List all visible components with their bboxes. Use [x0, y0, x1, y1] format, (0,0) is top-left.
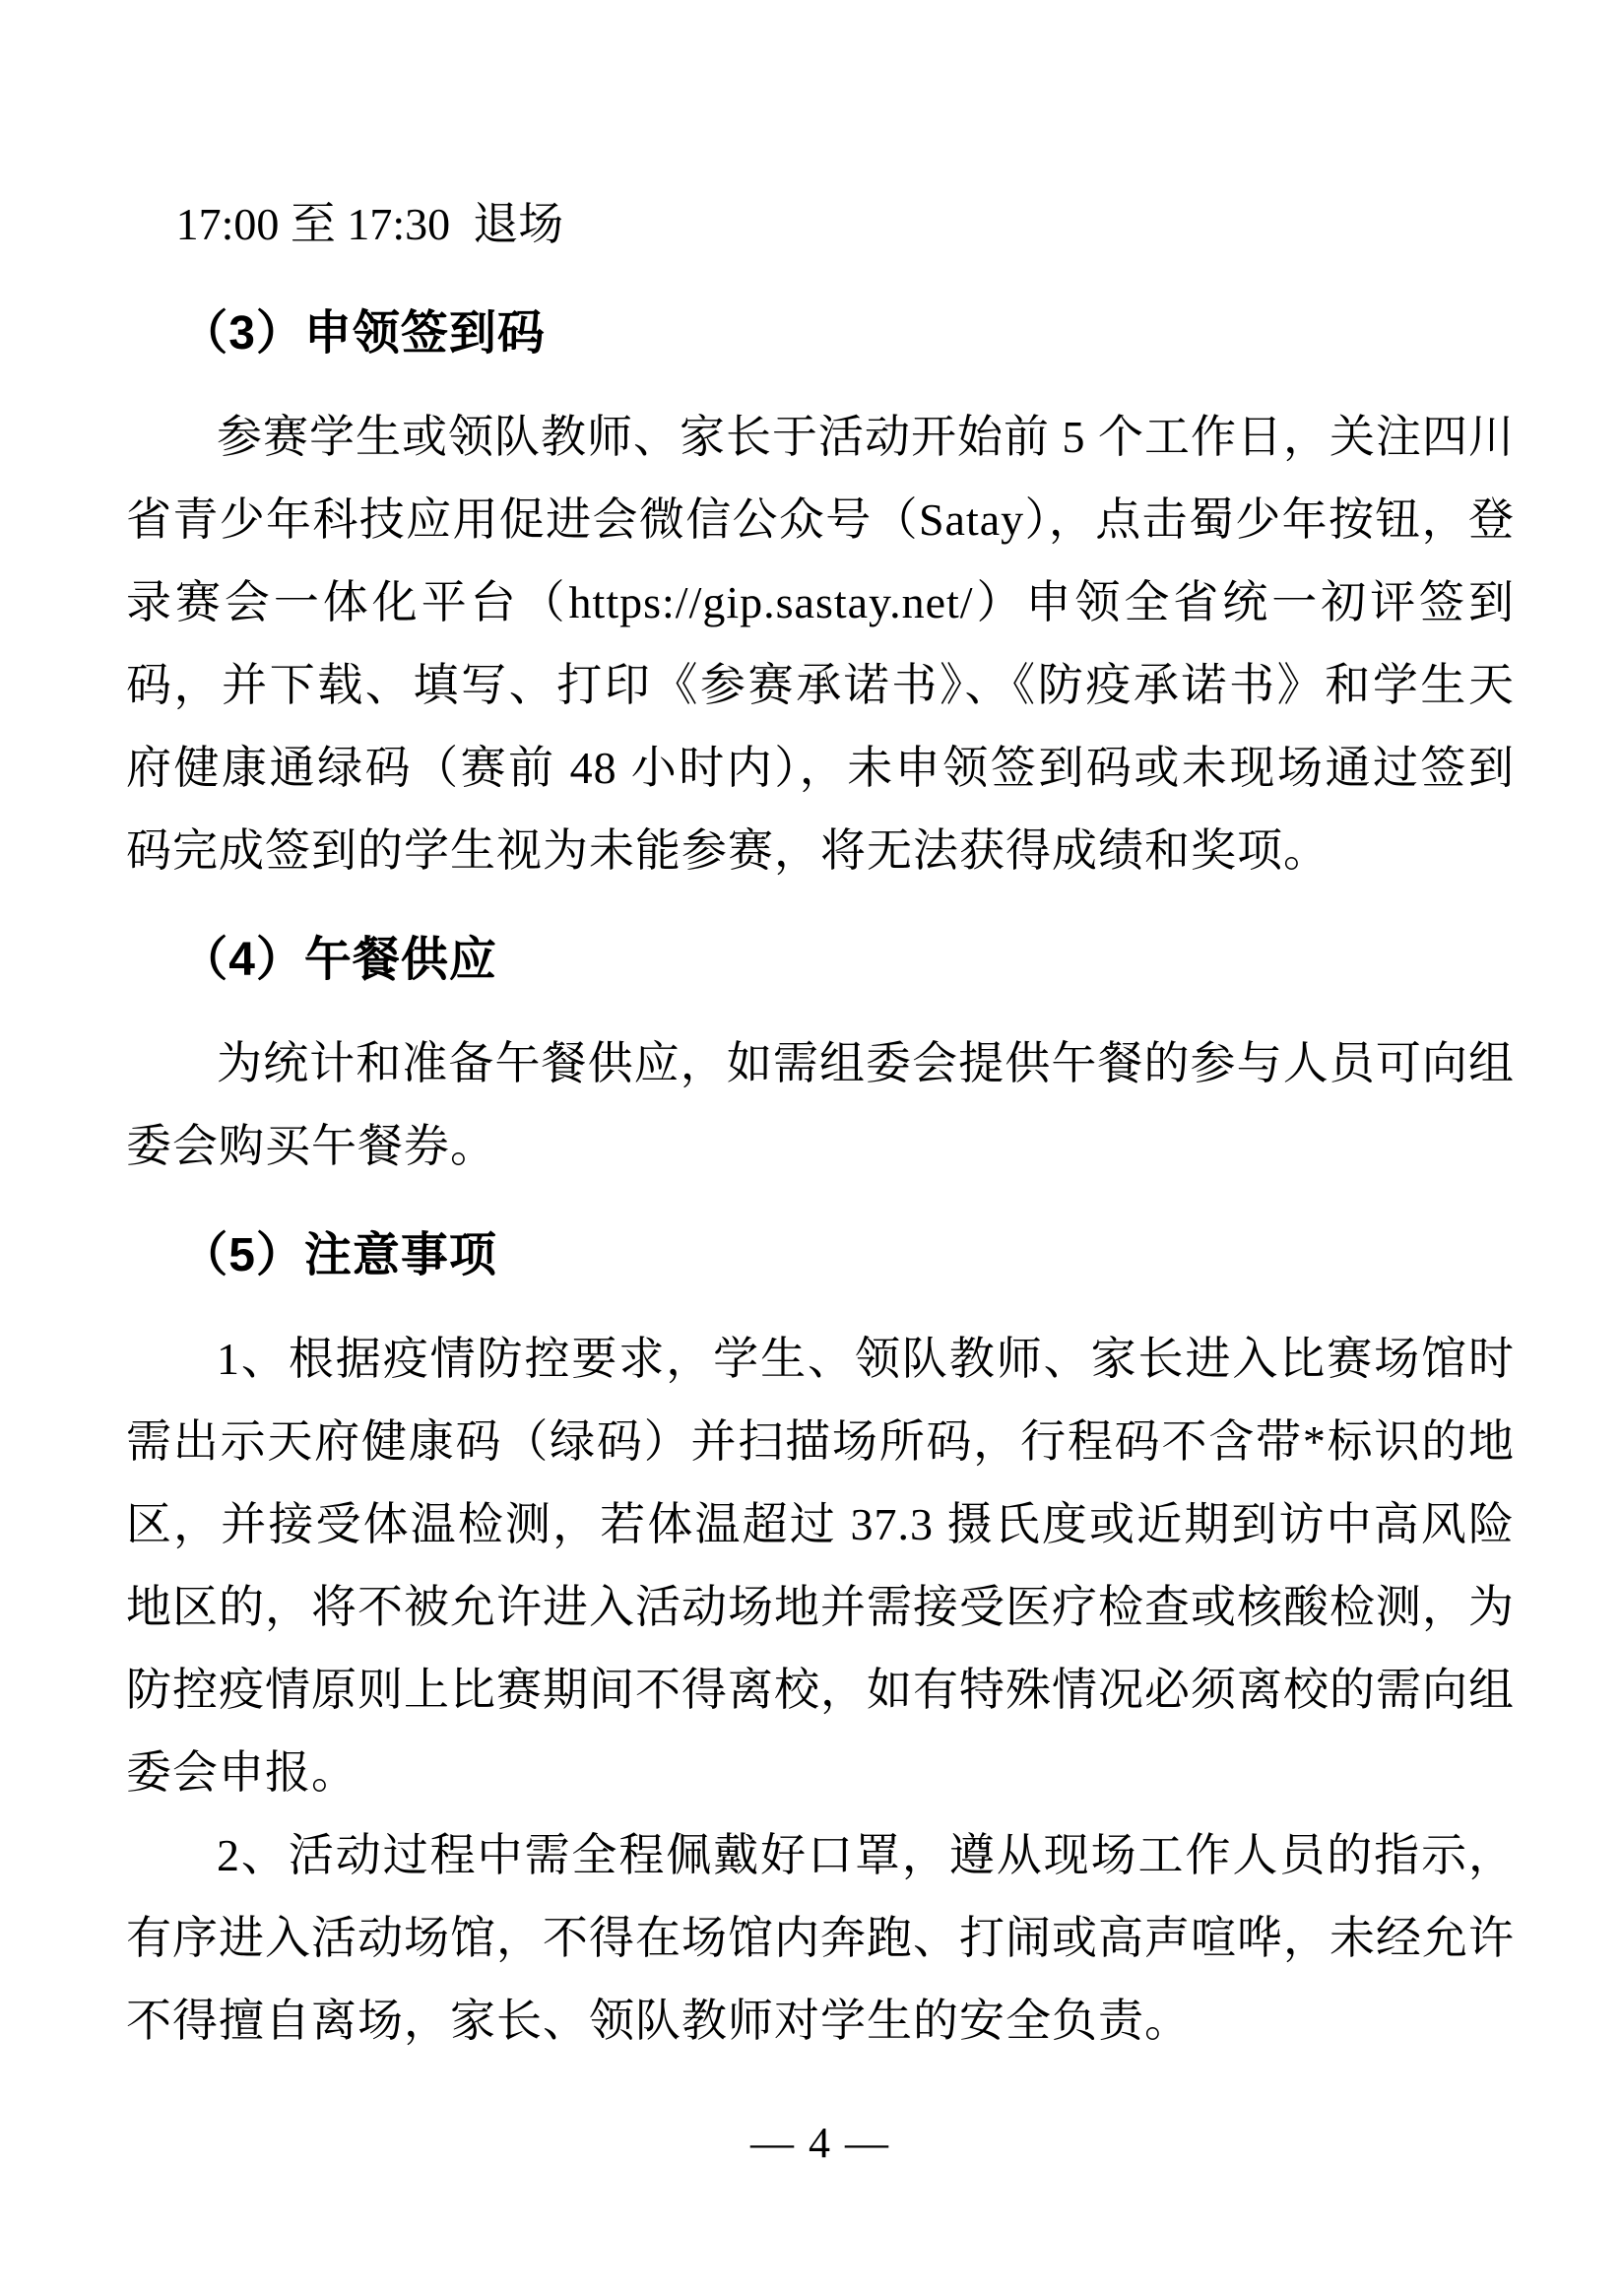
- page-number: — 4 —: [126, 2118, 1515, 2169]
- section-3-paragraph: 参赛学生或领队教师、家长于活动开始前 5 个工作日，关注四川省青少年科技应用促进…: [126, 396, 1515, 892]
- section-4-heading: （4）午餐供应: [126, 930, 1515, 991]
- section-5-item-2: 2、活动过程中需全程佩戴好口罩，遵从现场工作人员的指示，有序进入活动场馆，不得在…: [126, 1814, 1515, 2063]
- schedule-line: 17:00 至 17:30 退场: [126, 183, 1515, 266]
- document-page: 17:00 至 17:30 退场 （3）申领签到码 参赛学生或领队教师、家长于活…: [0, 0, 1621, 2296]
- section-5-item-1: 1、根据疫情防控要求，学生、领队教师、家长进入比赛场馆时需出示天府健康码（绿码）…: [126, 1318, 1515, 1814]
- section-3-heading: （3）申领签到码: [126, 303, 1515, 364]
- section-5-heading: （5）注意事项: [126, 1225, 1515, 1286]
- section-4-paragraph: 为统计和准备午餐供应，如需组委会提供午餐的参与人员可向组委会购买午餐券。: [126, 1022, 1515, 1188]
